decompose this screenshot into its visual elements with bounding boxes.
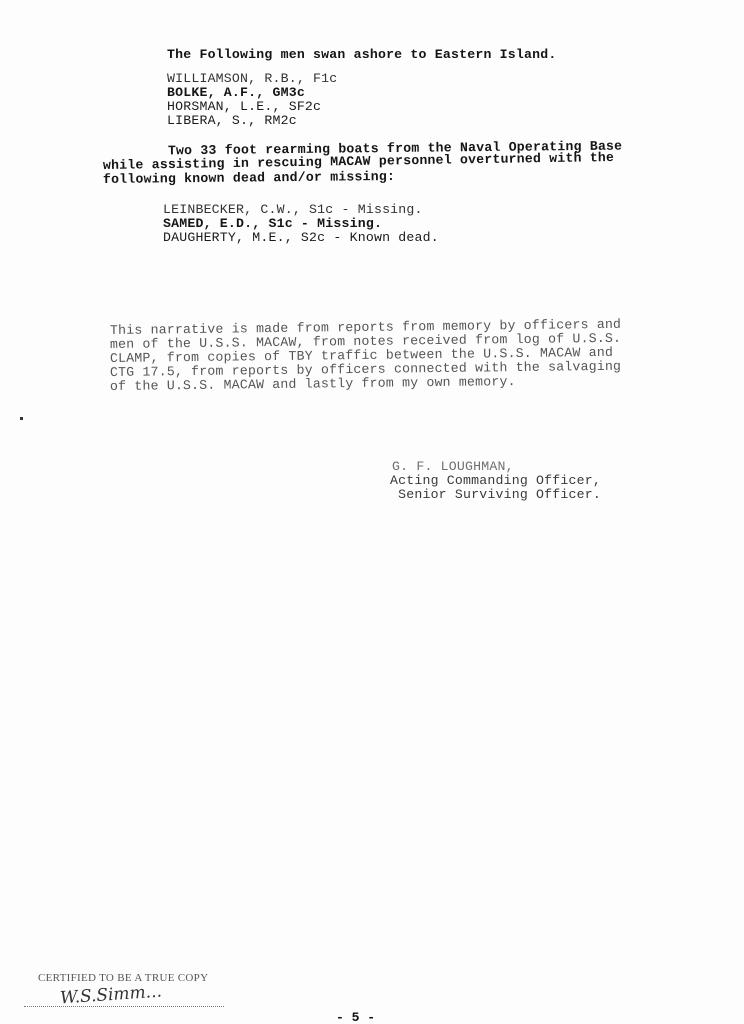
signatory-name: G. F. LOUGHMAN, bbox=[392, 460, 514, 474]
narrative-line: of the U.S.S. MACAW and lastly from my o… bbox=[110, 375, 516, 394]
swimmer-item: LIBERA, S., RM2c bbox=[167, 114, 297, 128]
document-page: The Following men swan ashore to Eastern… bbox=[0, 0, 744, 1024]
swimmer-item: BOLKE, A.F., GM3c bbox=[167, 86, 305, 100]
page-number: - 5 - bbox=[336, 1010, 375, 1024]
swimmer-item: WILLIAMSON, R.B., F1c bbox=[167, 72, 337, 86]
casualty-item: DAUGHERTY, M.E., S2c - Known dead. bbox=[163, 231, 439, 245]
signatory-title: Acting Commanding Officer, bbox=[390, 474, 601, 488]
signatory-subtitle: Senior Surviving Officer. bbox=[390, 488, 601, 502]
intro-sentence: The Following men swan ashore to Eastern… bbox=[167, 48, 556, 62]
certification-stamp: CERTIFIED TO BE A TRUE COPY bbox=[38, 972, 208, 984]
certification-signature: W.S.Simm... bbox=[59, 981, 162, 1008]
casualty-item: LEINBECKER, C.W., S1c - Missing. bbox=[163, 203, 423, 217]
boats-paragraph-line: following known dead and/or missing: bbox=[103, 170, 395, 187]
swimmer-item: HORSMAN, L.E., SF2c bbox=[167, 100, 321, 114]
signature-line bbox=[24, 1006, 224, 1007]
paper-speck bbox=[20, 417, 23, 420]
casualty-item: SAMED, E.D., S1c - Missing. bbox=[163, 217, 382, 231]
